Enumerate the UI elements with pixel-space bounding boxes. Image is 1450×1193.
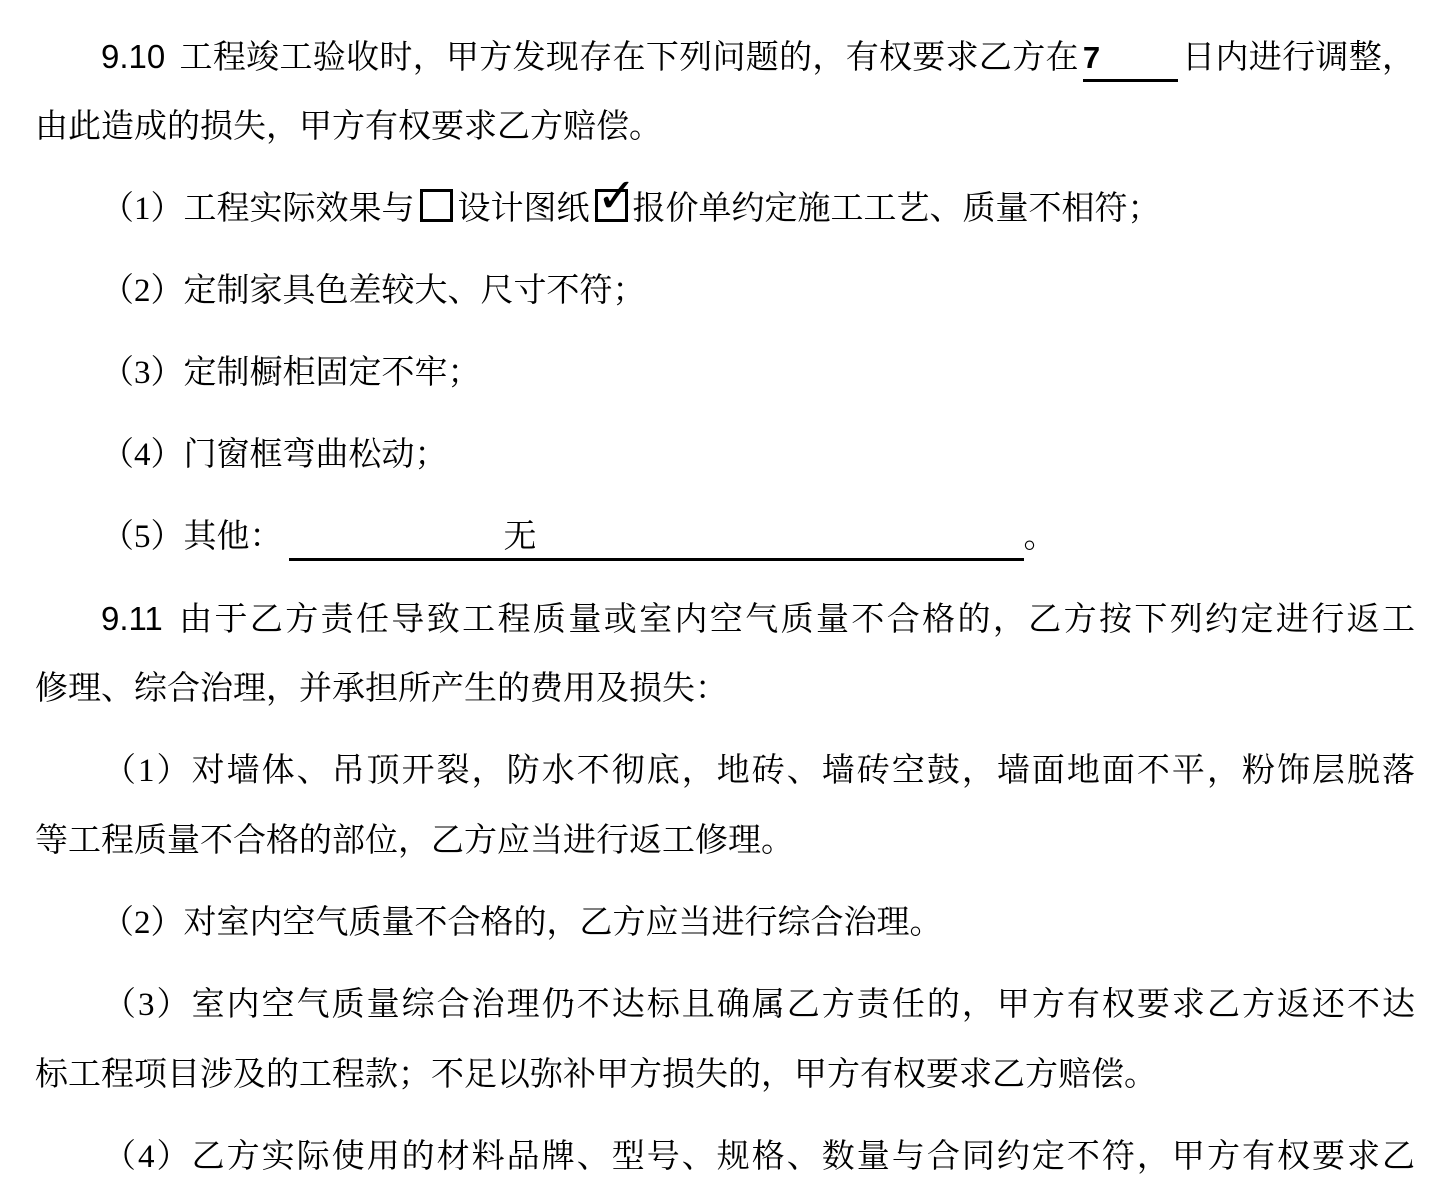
days-blank-field[interactable]: 7 xyxy=(1083,37,1178,82)
item-number: （1） xyxy=(101,753,192,789)
list-item-3-line: （3）定制橱柜固定不牢； xyxy=(35,338,1415,408)
clause-number-9-11: 9.11 xyxy=(101,600,163,637)
other-blank-field[interactable]: 无 xyxy=(289,516,1024,561)
sub-item-1-line-1: （1）对墙体、吊顶开裂，防水不彻底，地砖、墙砖空鼓，墙面地面不平，粉饰层脱落 xyxy=(35,736,1415,806)
list-item-2: （2）定制家具色差较大、尺寸不符； xyxy=(35,256,1415,326)
item-number: （4） xyxy=(101,1139,192,1175)
sub-item-3-text-a: 室内空气质量综合治理仍不达标且确属乙方责任的，甲方有权要求乙方返还不达 xyxy=(192,987,1415,1023)
clause-9-10-text-a: 工程竣工验收时，甲方发现存在下列问题的，有权要求乙方在 xyxy=(179,40,1079,76)
clause-9-10-line-2: 由此造成的损失，甲方有权要求乙方赔偿。 xyxy=(35,92,1415,162)
item-3-text: 定制橱柜固定不牢； xyxy=(184,355,481,391)
item-1-text-post: 约定施工工艺、质量不相符； xyxy=(732,191,1161,227)
item-number: （5） xyxy=(101,519,184,555)
checkbox-design-drawings-label: 设计图纸 xyxy=(458,191,590,227)
days-blank-value: 7 xyxy=(1083,40,1100,75)
other-blank-value: 无 xyxy=(504,519,537,555)
item-number: （3） xyxy=(101,355,184,391)
sub-item-2-text: 对室内空气质量不合格的，乙方应当进行综合治理。 xyxy=(184,905,943,941)
item-5-period: 。 xyxy=(1024,519,1057,555)
clause-9-11-text-b: 修理、综合治理，并承担所产生的费用及损失： xyxy=(35,671,728,707)
clause-9-10: 9.10工程竣工验收时，甲方发现存在下列问题的，有权要求乙方在7日内进行调整， … xyxy=(35,22,1415,162)
sub-item-1-text-b: 等工程质量不合格的部位，乙方应当进行返工修理。 xyxy=(35,823,794,859)
clause-9-11: 9.11由于乙方责任导致工程质量或室内空气质量不合格的，乙方按下列约定进行返工 … xyxy=(35,584,1415,724)
item-1-text-pre: 工程实际效果与 xyxy=(184,191,415,227)
clause-9-10-line-1: 9.10工程竣工验收时，甲方发现存在下列问题的，有权要求乙方在7日内进行调整， xyxy=(35,22,1415,92)
clause-9-11-line-1: 9.11由于乙方责任导致工程质量或室内空气质量不合格的，乙方按下列约定进行返工 xyxy=(35,584,1415,654)
sub-item-3-text-b: 标工程项目涉及的工程款；不足以弥补甲方损失的，甲方有权要求乙方赔偿。 xyxy=(35,1057,1157,1093)
check-mark-icon: ✓ xyxy=(597,172,637,220)
list-item-4: （4）门窗框弯曲松动； xyxy=(35,420,1415,490)
clause-9-10-text-b: 日内进行调整， xyxy=(1182,40,1415,76)
sub-item-3: （3）室内空气质量综合治理仍不达标且确属乙方责任的，甲方有权要求乙方返还不达 标… xyxy=(35,970,1415,1110)
sub-item-2-line: （2）对室内空气质量不合格的，乙方应当进行综合治理。 xyxy=(35,888,1415,958)
list-item-5-line: （5）其他：无。 xyxy=(35,502,1415,572)
checkbox-unchecked-icon[interactable] xyxy=(420,189,453,222)
list-item-2-line: （2）定制家具色差较大、尺寸不符； xyxy=(35,256,1415,326)
clause-9-11-text-a: 由于乙方责任导致工程质量或室内空气质量不合格的，乙方按下列约定进行返工 xyxy=(177,602,1415,638)
item-4-text: 门窗框弯曲松动； xyxy=(184,437,448,473)
sub-item-4-text: 乙方实际使用的材料品牌、型号、规格、数量与合同约定不符，甲方有权要求乙 xyxy=(192,1139,1415,1175)
sub-item-3-line-2: 标工程项目涉及的工程款；不足以弥补甲方损失的，甲方有权要求乙方赔偿。 xyxy=(35,1040,1415,1110)
item-5-label: 其他： xyxy=(184,519,283,555)
item-number: （1） xyxy=(101,191,184,227)
item-number: （2） xyxy=(101,273,184,309)
list-item-4-line: （4）门窗框弯曲松动； xyxy=(35,420,1415,490)
item-number: （2） xyxy=(101,905,184,941)
clause-9-10-text-c: 由此造成的损失，甲方有权要求乙方赔偿。 xyxy=(35,109,662,145)
item-2-text: 定制家具色差较大、尺寸不符； xyxy=(184,273,646,309)
list-item-3: （3）定制橱柜固定不牢； xyxy=(35,338,1415,408)
sub-item-3-line-1: （3）室内空气质量综合治理仍不达标且确属乙方责任的，甲方有权要求乙方返还不达 xyxy=(35,970,1415,1040)
item-number: （4） xyxy=(101,437,184,473)
clause-number-9-10: 9.10 xyxy=(101,38,165,75)
sub-item-4-line-1: （4）乙方实际使用的材料品牌、型号、规格、数量与合同约定不符，甲方有权要求乙 xyxy=(35,1122,1415,1192)
list-item-1-line: （1）工程实际效果与设计图纸✓报价单约定施工工艺、质量不相符； xyxy=(35,174,1415,244)
sub-item-1-line-2: 等工程质量不合格的部位，乙方应当进行返工修理。 xyxy=(35,806,1415,876)
sub-item-4: （4）乙方实际使用的材料品牌、型号、规格、数量与合同约定不符，甲方有权要求乙 xyxy=(35,1122,1415,1192)
checkbox-quotation-label: 报价单 xyxy=(633,191,732,227)
clause-9-11-line-2: 修理、综合治理，并承担所产生的费用及损失： xyxy=(35,654,1415,724)
sub-item-2: （2）对室内空气质量不合格的，乙方应当进行综合治理。 xyxy=(35,888,1415,958)
list-item-5: （5）其他：无。 xyxy=(35,502,1415,572)
list-item-1: （1）工程实际效果与设计图纸✓报价单约定施工工艺、质量不相符； xyxy=(35,174,1415,244)
contract-document-page: 9.10工程竣工验收时，甲方发现存在下列问题的，有权要求乙方在7日内进行调整， … xyxy=(0,0,1450,1193)
item-number: （3） xyxy=(101,987,192,1023)
sub-item-1-text-a: 对墙体、吊顶开裂，防水不彻底，地砖、墙砖空鼓，墙面地面不平，粉饰层脱落 xyxy=(192,753,1415,789)
sub-item-1: （1）对墙体、吊顶开裂，防水不彻底，地砖、墙砖空鼓，墙面地面不平，粉饰层脱落 等… xyxy=(35,736,1415,876)
checkbox-checked-icon[interactable]: ✓ xyxy=(595,189,628,222)
